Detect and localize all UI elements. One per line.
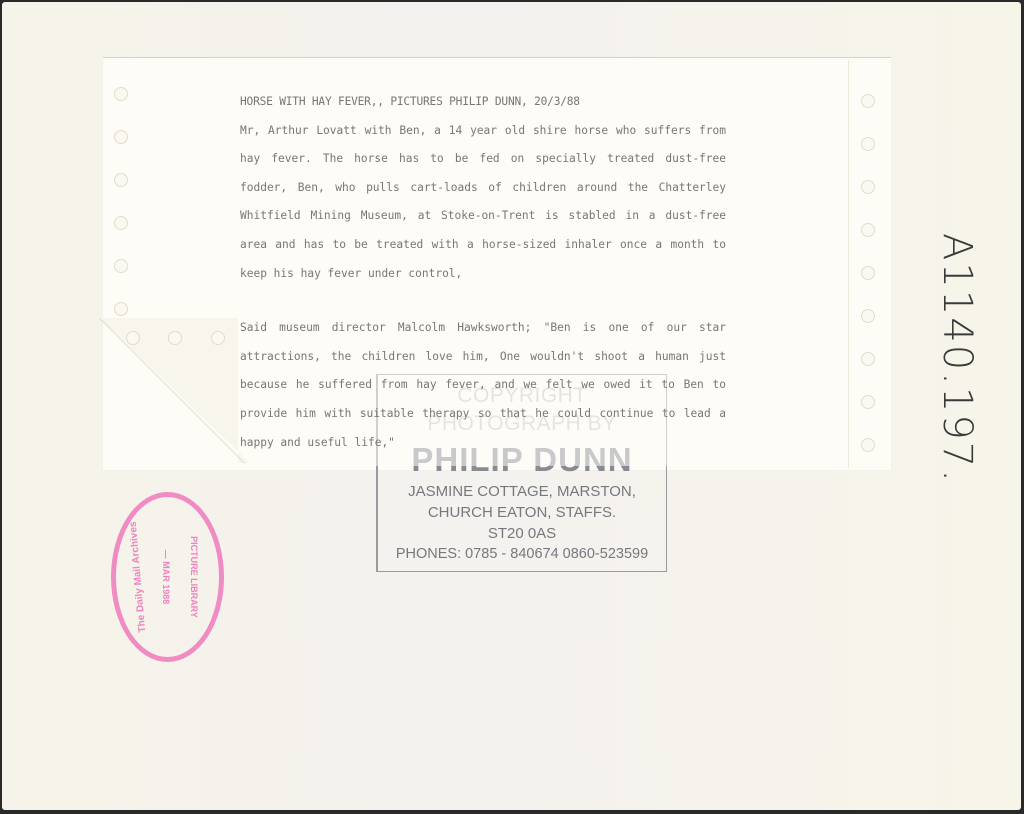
feed-hole [861, 438, 875, 452]
feed-hole [861, 395, 875, 409]
feed-hole [861, 223, 875, 237]
feed-hole [861, 180, 875, 194]
feed-hole [861, 266, 875, 280]
feed-hole [114, 216, 128, 230]
caption-paragraph-2: Said museum director Malcolm Hawksworth;… [240, 314, 726, 457]
archive-stamp-library: PICTURE LIBRARY [189, 536, 199, 618]
stamp-phones: PHONES: 0785 - 840674 0860-523599 [378, 545, 666, 563]
feed-hole [861, 94, 875, 108]
feed-hole [114, 259, 128, 273]
archive-stamp-date: — MAR 1988 [161, 550, 171, 605]
feed-hole [861, 137, 875, 151]
stamp-address-2: CHURCH EATON, STAFFS. [378, 504, 666, 522]
feed-hole [114, 173, 128, 187]
feed-hole [114, 302, 128, 316]
feed-hole [861, 309, 875, 323]
feed-hole [114, 130, 128, 144]
archive-stamp-outer-text: The Daily Mail Archives [127, 521, 148, 633]
stamp-postcode: ST20 0AS [378, 525, 666, 543]
handwritten-reference-number: A1140.197. [934, 233, 980, 393]
feed-hole [114, 87, 128, 101]
feed-hole [861, 352, 875, 366]
caption-headline: HORSE WITH HAY FEVER,, PICTURES PHILIP D… [240, 88, 726, 117]
feed-hole [211, 331, 225, 345]
stamp-address-1: JASMINE COTTAGE, MARSTON, [378, 483, 666, 501]
feed-hole [126, 331, 140, 345]
caption-paragraph-1: Mr, Arthur Lovatt with Ben, a 14 year ol… [240, 117, 726, 289]
caption-text: HORSE WITH HAY FEVER,, PICTURES PHILIP D… [240, 88, 726, 457]
feed-hole [168, 331, 182, 345]
archive-date-stamp: The Daily Mail Archives — MAR 1988 PICTU… [111, 492, 224, 662]
